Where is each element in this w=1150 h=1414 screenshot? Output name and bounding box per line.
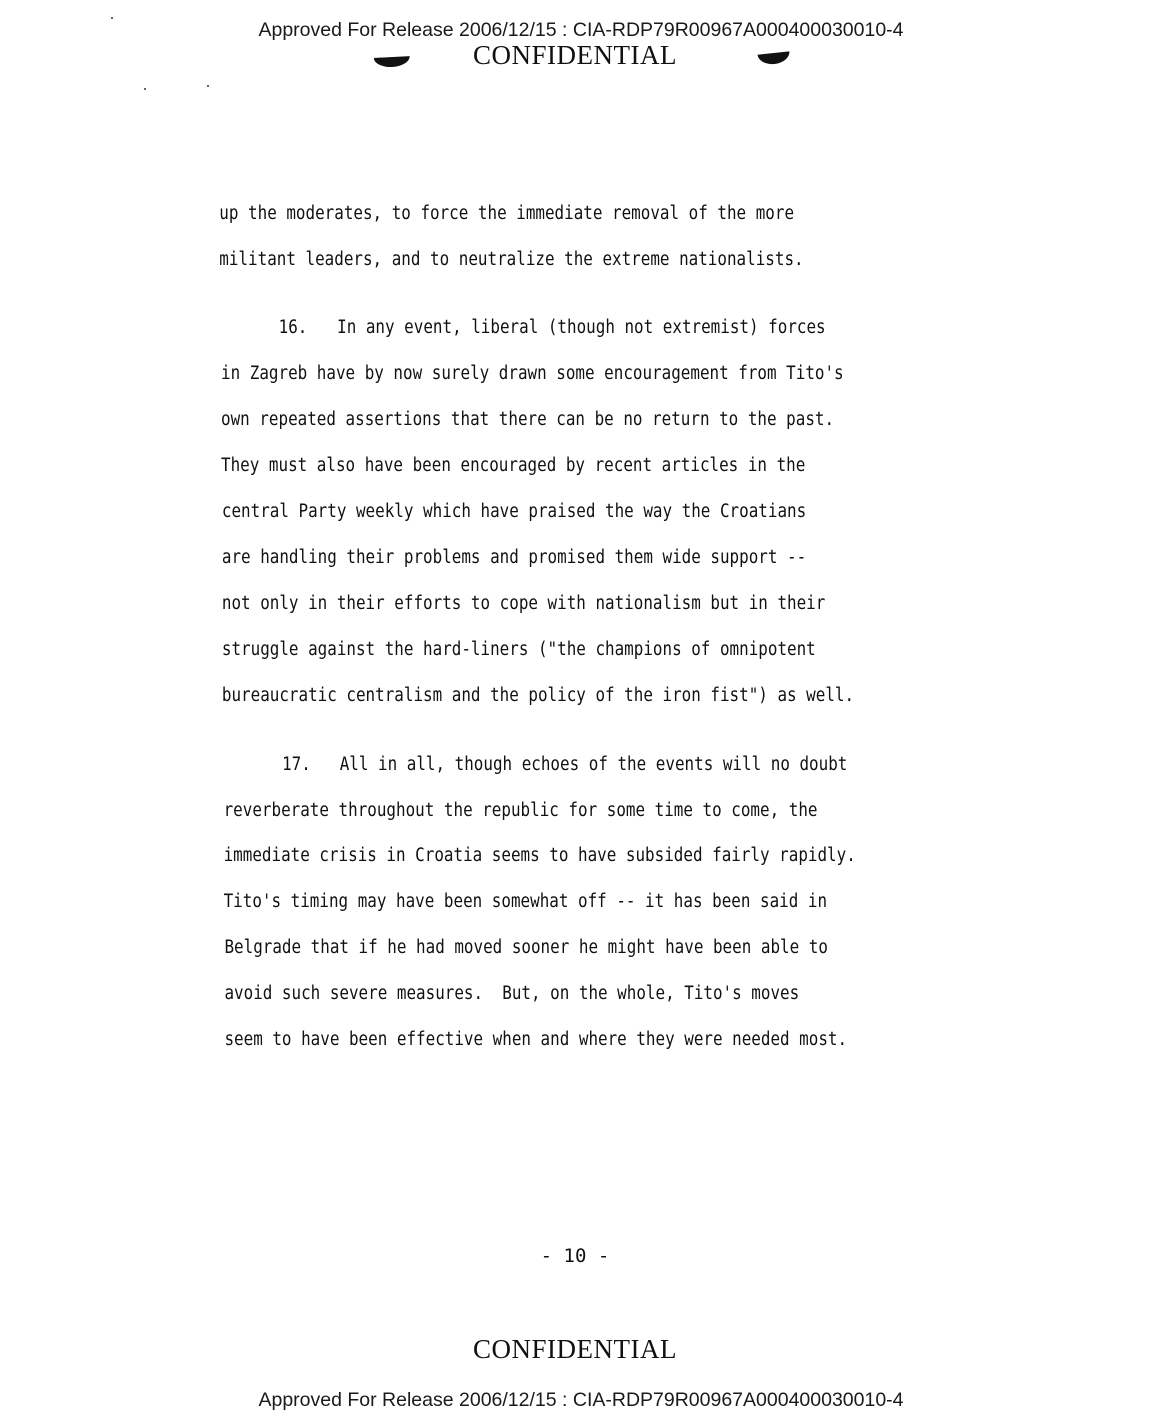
classification-marking-top: CONFIDENTIAL [0, 40, 1150, 71]
scan-speck [144, 88, 146, 90]
text-line: All in all, though echoes of the events … [340, 754, 848, 776]
text-line: not only in their efforts to cope with n… [222, 593, 825, 615]
scan-speck [207, 85, 209, 87]
text-line: They must also have been encouraged by r… [221, 455, 805, 477]
text-line: are handling their problems and promised… [222, 547, 806, 569]
text-line: bureaucratic centralism and the policy o… [222, 685, 854, 707]
classification-marking-bottom: CONFIDENTIAL [0, 1334, 1150, 1365]
text-line: in Zagreb have by now surely drawn some … [221, 363, 844, 385]
text-line: struggle against the hard-liners ("the c… [222, 639, 816, 661]
text-line: avoid such severe measures. But, on the … [224, 983, 799, 1005]
text-line: immediate crisis in Croatia seems to hav… [224, 845, 856, 867]
text-line: In any event, liberal (though not extrem… [337, 317, 826, 339]
text-line: up the moderates, to force the immediate… [219, 203, 794, 225]
scan-speck [111, 17, 113, 19]
text-line: seem to have been effective when and whe… [224, 1029, 847, 1051]
release-stamp-top: Approved For Release 2006/12/15 : CIA-RD… [6, 19, 1150, 42]
paragraph-number: 16. [279, 317, 308, 339]
release-stamp-bottom: Approved For Release 2006/12/15 : CIA-RD… [6, 1389, 1150, 1412]
text-line: reverberate throughout the republic for … [224, 800, 818, 822]
text-line: own repeated assertions that there can b… [221, 409, 834, 431]
text-line: central Party weekly which have praised … [222, 501, 806, 523]
paragraph-number: 17. [282, 754, 311, 776]
page-number: - 10 - [0, 1245, 1150, 1267]
text-line: Belgrade that if he had moved sooner he … [224, 937, 827, 959]
text-line: Tito's timing may have been somewhat off… [224, 891, 827, 913]
text-line: militant leaders, and to neutralize the … [219, 249, 803, 271]
